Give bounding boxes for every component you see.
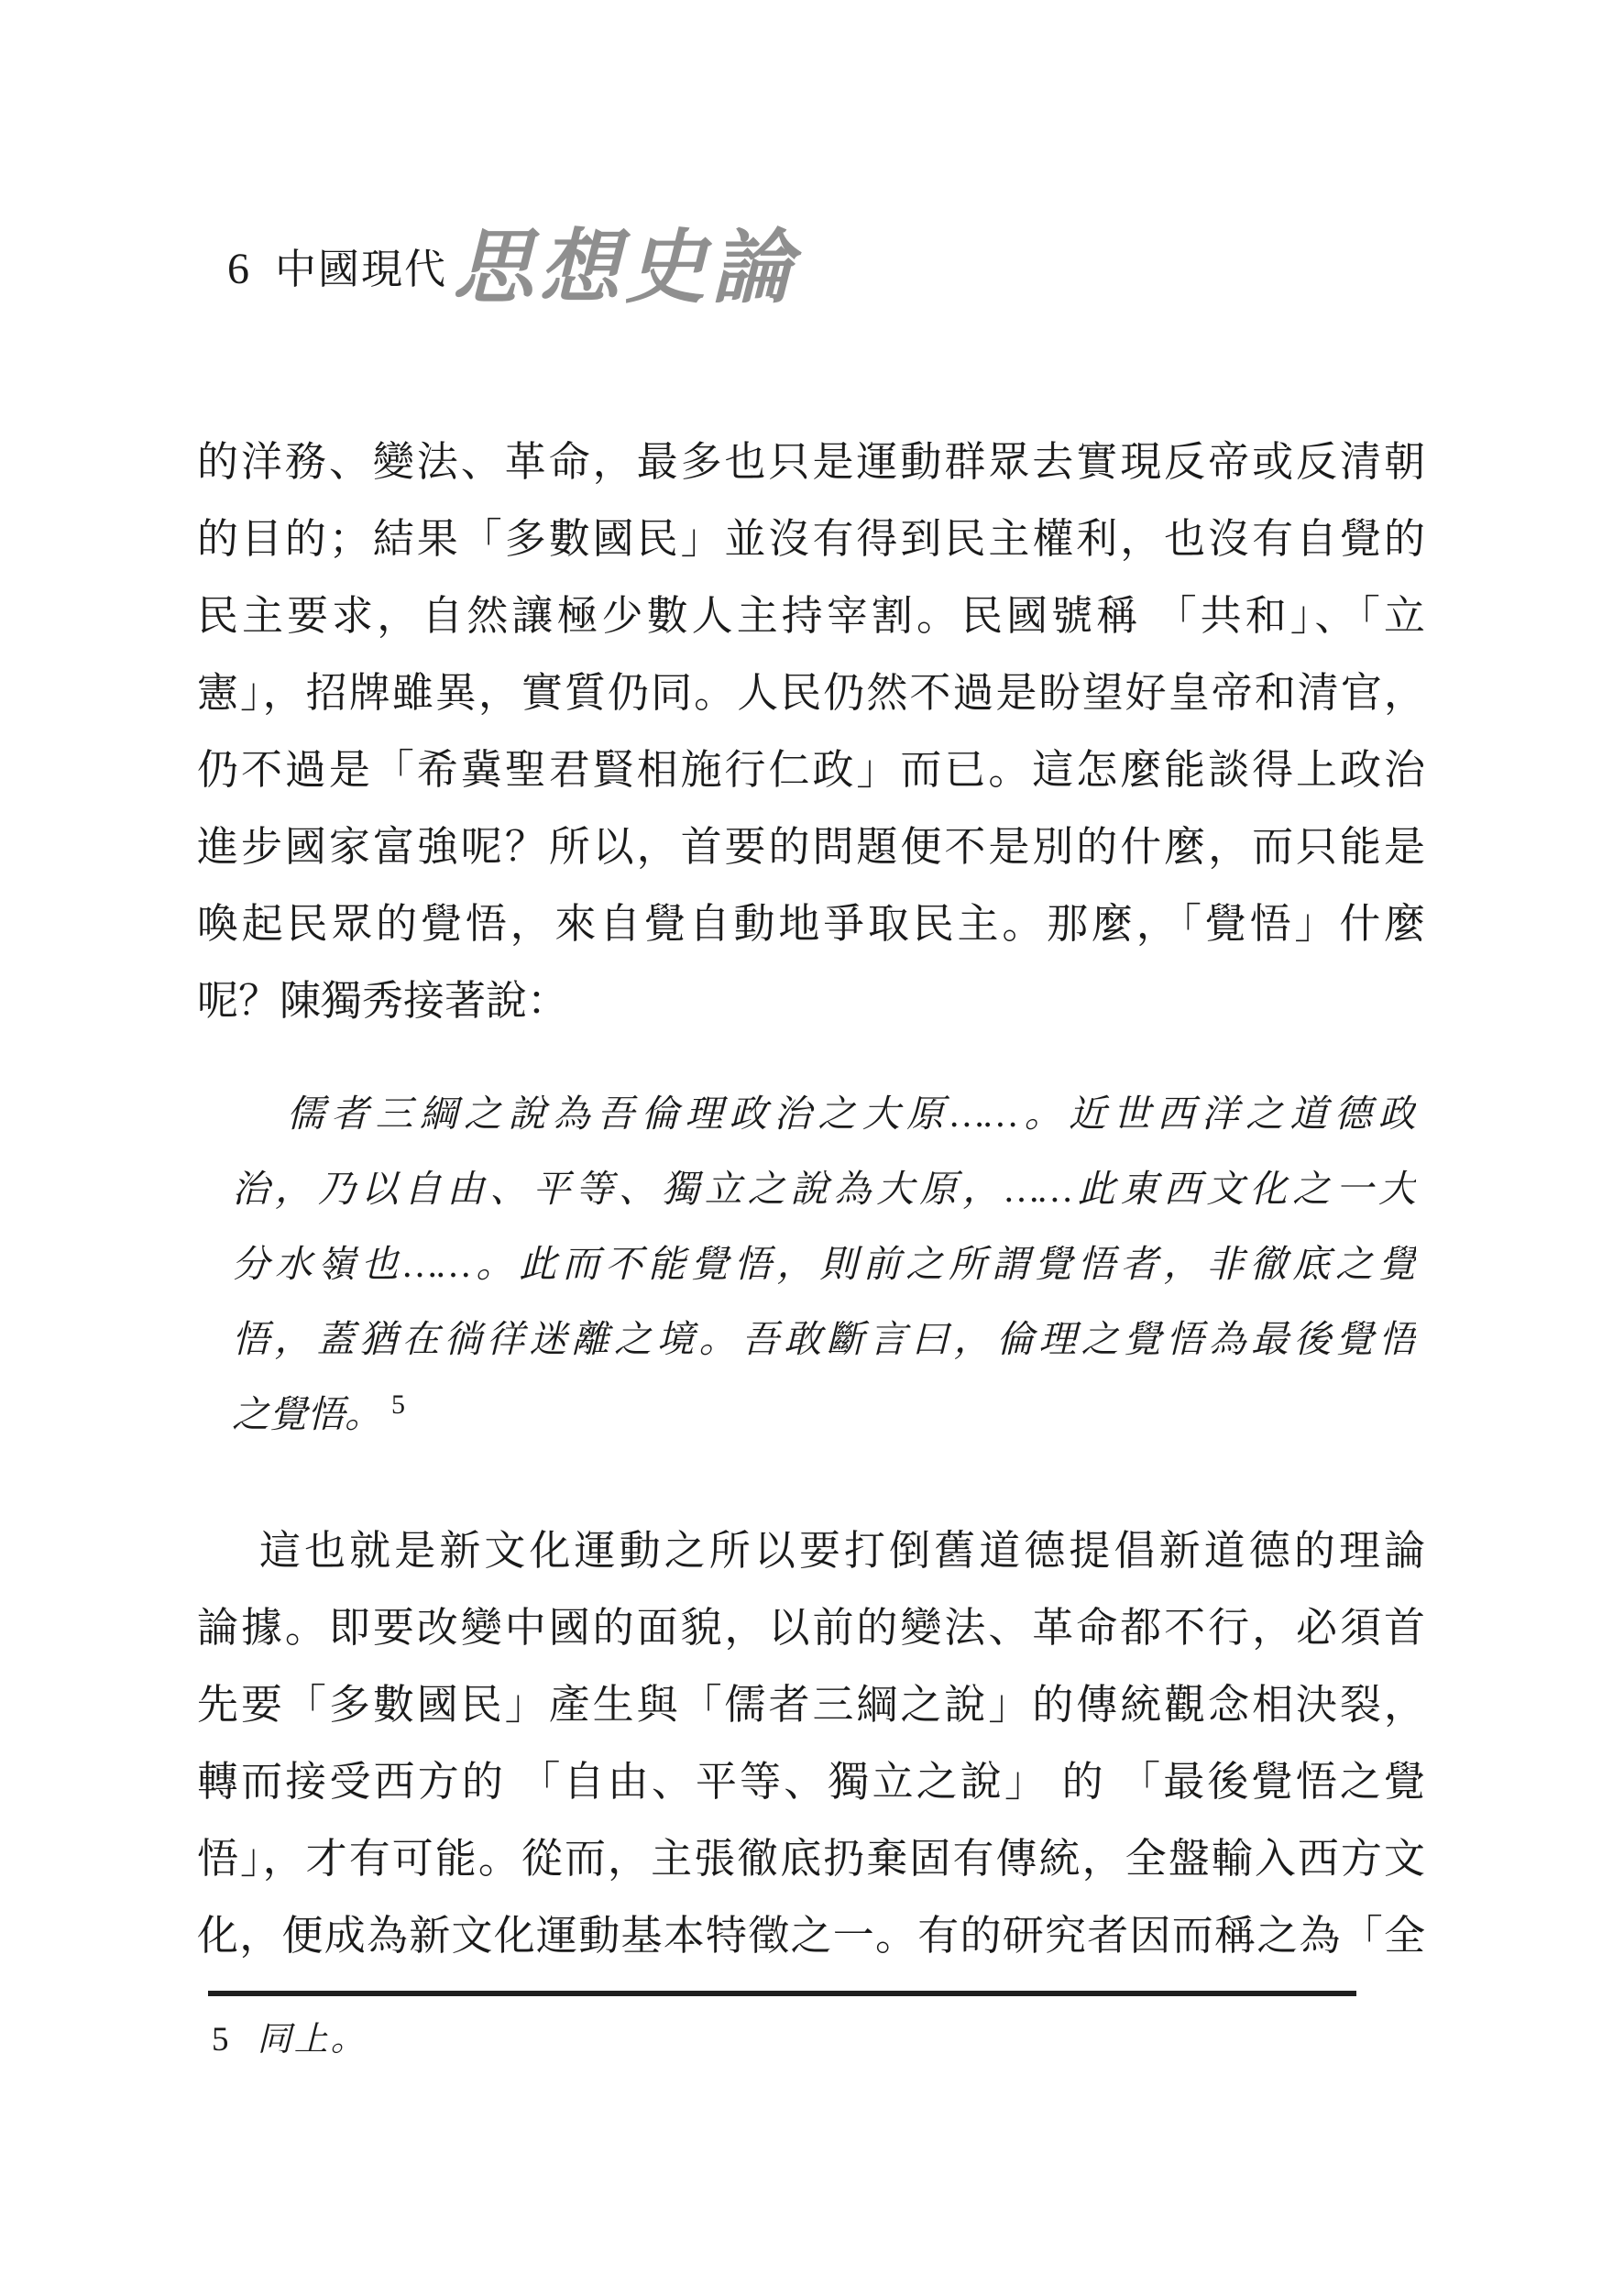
quote-line: 之覺悟。5 — [232, 1377, 1416, 1452]
text-line: 論據。即要改變中國的面貌，以前的變法、革命都不行，必須首 — [197, 1589, 1425, 1666]
text-line: 轉而接受西方的 「自由、平等、獨立之說」 的 「最後覺悟之覺 — [197, 1743, 1425, 1820]
footnote-text: 同上。 — [258, 2021, 368, 2059]
quote-line: 儒者三綱之說為吾倫理政治之大原……。近世西洋之道德政 — [232, 1076, 1416, 1151]
footnote-divider — [208, 1991, 1356, 1996]
footnote: 5 同上。 — [212, 2013, 368, 2068]
text-line: 呢？陳獨秀接著說： — [197, 962, 1425, 1039]
quote-line: 治，乃以自由、平等、獨立之說為大原，……此東西文化之一大 — [232, 1151, 1416, 1226]
quote-line: 分水嶺也……。此而不能覺悟，則前之所謂覺悟者，非徹底之覺 — [232, 1226, 1416, 1301]
book-title-calligraphy: 思想史論 — [453, 229, 797, 310]
text-line: 先要「多數國民」產生與「儒者三綱之說」的傳統觀念相決裂， — [197, 1666, 1425, 1743]
footnote-reference: 5 — [391, 1389, 405, 1420]
paragraph-2: 這也就是新文化運動之所以要打倒舊道德提倡新道德的理論 論據。即要改變中國的面貌，… — [197, 1512, 1425, 1974]
text-line: 的洋務、變法、革命，最多也只是運動群眾去實現反帝或反清朝 — [197, 423, 1425, 500]
text-line: 仍不過是「希冀聖君賢相施行仁政」而已。這怎麼能談得上政治 — [197, 731, 1425, 808]
page-number: 6 — [227, 247, 249, 291]
quote-line-text: 之覺悟。 — [232, 1393, 382, 1435]
text-line: 的目的；結果「多數國民」並沒有得到民主權利，也沒有自覺的 — [197, 500, 1425, 577]
text-line: 進步國家富強呢？所以，首要的問題便不是別的什麼，而只能是 — [197, 808, 1425, 885]
text-line: 悟」，才有可能。從而，主張徹底扔棄固有傳統，全盤輸入西方文 — [197, 1820, 1425, 1897]
page-header: 6 中國現代 思想史論 — [227, 227, 797, 312]
book-page: 6 中國現代 思想史論 的洋務、變法、革命，最多也只是運動群眾去實現反帝或反清朝… — [0, 0, 1624, 2273]
block-quote: 儒者三綱之說為吾倫理政治之大原……。近世西洋之道德政 治，乃以自由、平等、獨立之… — [232, 1076, 1416, 1452]
text-line: 化，便成為新文化運動基本特徵之一。有的研究者因而稱之為「全 — [197, 1897, 1425, 1974]
book-title-prefix: 中國現代 — [275, 249, 447, 291]
paragraph-1: 的洋務、變法、革命，最多也只是運動群眾去實現反帝或反清朝 的目的；結果「多數國民… — [197, 423, 1425, 1039]
text-line: 這也就是新文化運動之所以要打倒舊道德提倡新道德的理論 — [197, 1512, 1425, 1589]
text-line: 憲」，招牌雖異，實質仍同。人民仍然不過是盼望好皇帝和清官， — [197, 654, 1425, 731]
text-line: 喚起民眾的覺悟，來自覺自動地爭取民主。那麼，「覺悟」什麼 — [197, 885, 1425, 962]
footnote-marker: 5 — [212, 2021, 229, 2059]
text-line: 民主要求，自然讓極少數人主持宰割。民國號稱 「共和」、「立 — [197, 577, 1425, 654]
quote-line: 悟，蓋猶在徜徉迷離之境。吾敢斷言曰，倫理之覺悟為最後覺悟 — [232, 1301, 1416, 1377]
